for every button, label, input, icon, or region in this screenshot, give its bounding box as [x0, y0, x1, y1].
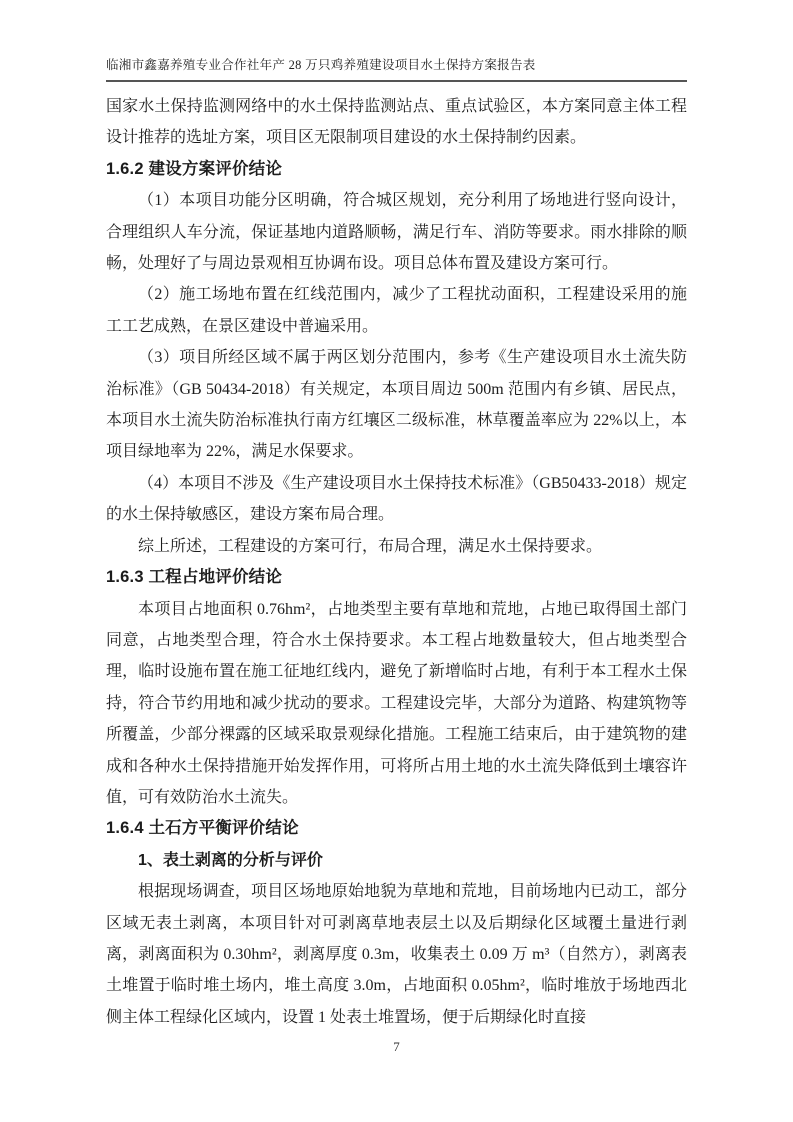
- paragraph: 综上所述，工程建设的方案可行，布局合理，满足水土保持要求。: [106, 531, 687, 562]
- paragraph: （4）本项目不涉及《生产建设项目水土保持技术标准》（GB50433-2018）规…: [106, 468, 687, 531]
- section-heading-1-6-2: 1.6.2 建设方案评价结论: [106, 154, 687, 185]
- document-header-title: 临湘市鑫嘉养殖专业合作社年产 28 万只鸡养殖建设项目水土保持方案报告表: [106, 57, 687, 82]
- paragraph: 根据现场调查，项目区场地原始地貌为草地和荒地，目前场地内已动工，部分区域无表土剥…: [106, 876, 687, 1033]
- document-page: 临湘市鑫嘉养殖专业合作社年产 28 万只鸡养殖建设项目水土保持方案报告表 国家水…: [0, 0, 793, 1122]
- page-number: 7: [0, 1039, 793, 1055]
- section-heading-1-6-4: 1.6.4 土石方平衡评价结论: [106, 813, 687, 844]
- paragraph: （3）项目所经区域不属于两区划分范围内，参考《生产建设项目水土流失防治标准》（G…: [106, 342, 687, 468]
- subsection-heading-topsoil: 1、表土剥离的分析与评价: [106, 845, 687, 876]
- paragraph: （1）本项目功能分区明确，符合城区规划，充分利用了场地进行竖向设计，合理组织人车…: [106, 185, 687, 279]
- paragraph: 本项目占地面积 0.76hm²，占地类型主要有草地和荒地，占地已取得国土部门同意…: [106, 594, 687, 814]
- document-body: 国家水土保持监测网络中的水土保持监测站点、重点试验区，本方案同意主体工程设计推荐…: [106, 91, 687, 1033]
- paragraph-continued: 国家水土保持监测网络中的水土保持监测站点、重点试验区，本方案同意主体工程设计推荐…: [106, 91, 687, 154]
- paragraph: （2）施工场地布置在红线范围内，减少了工程扰动面积，工程建设采用的施工工艺成熟，…: [106, 279, 687, 342]
- section-heading-1-6-3: 1.6.3 工程占地评价结论: [106, 562, 687, 593]
